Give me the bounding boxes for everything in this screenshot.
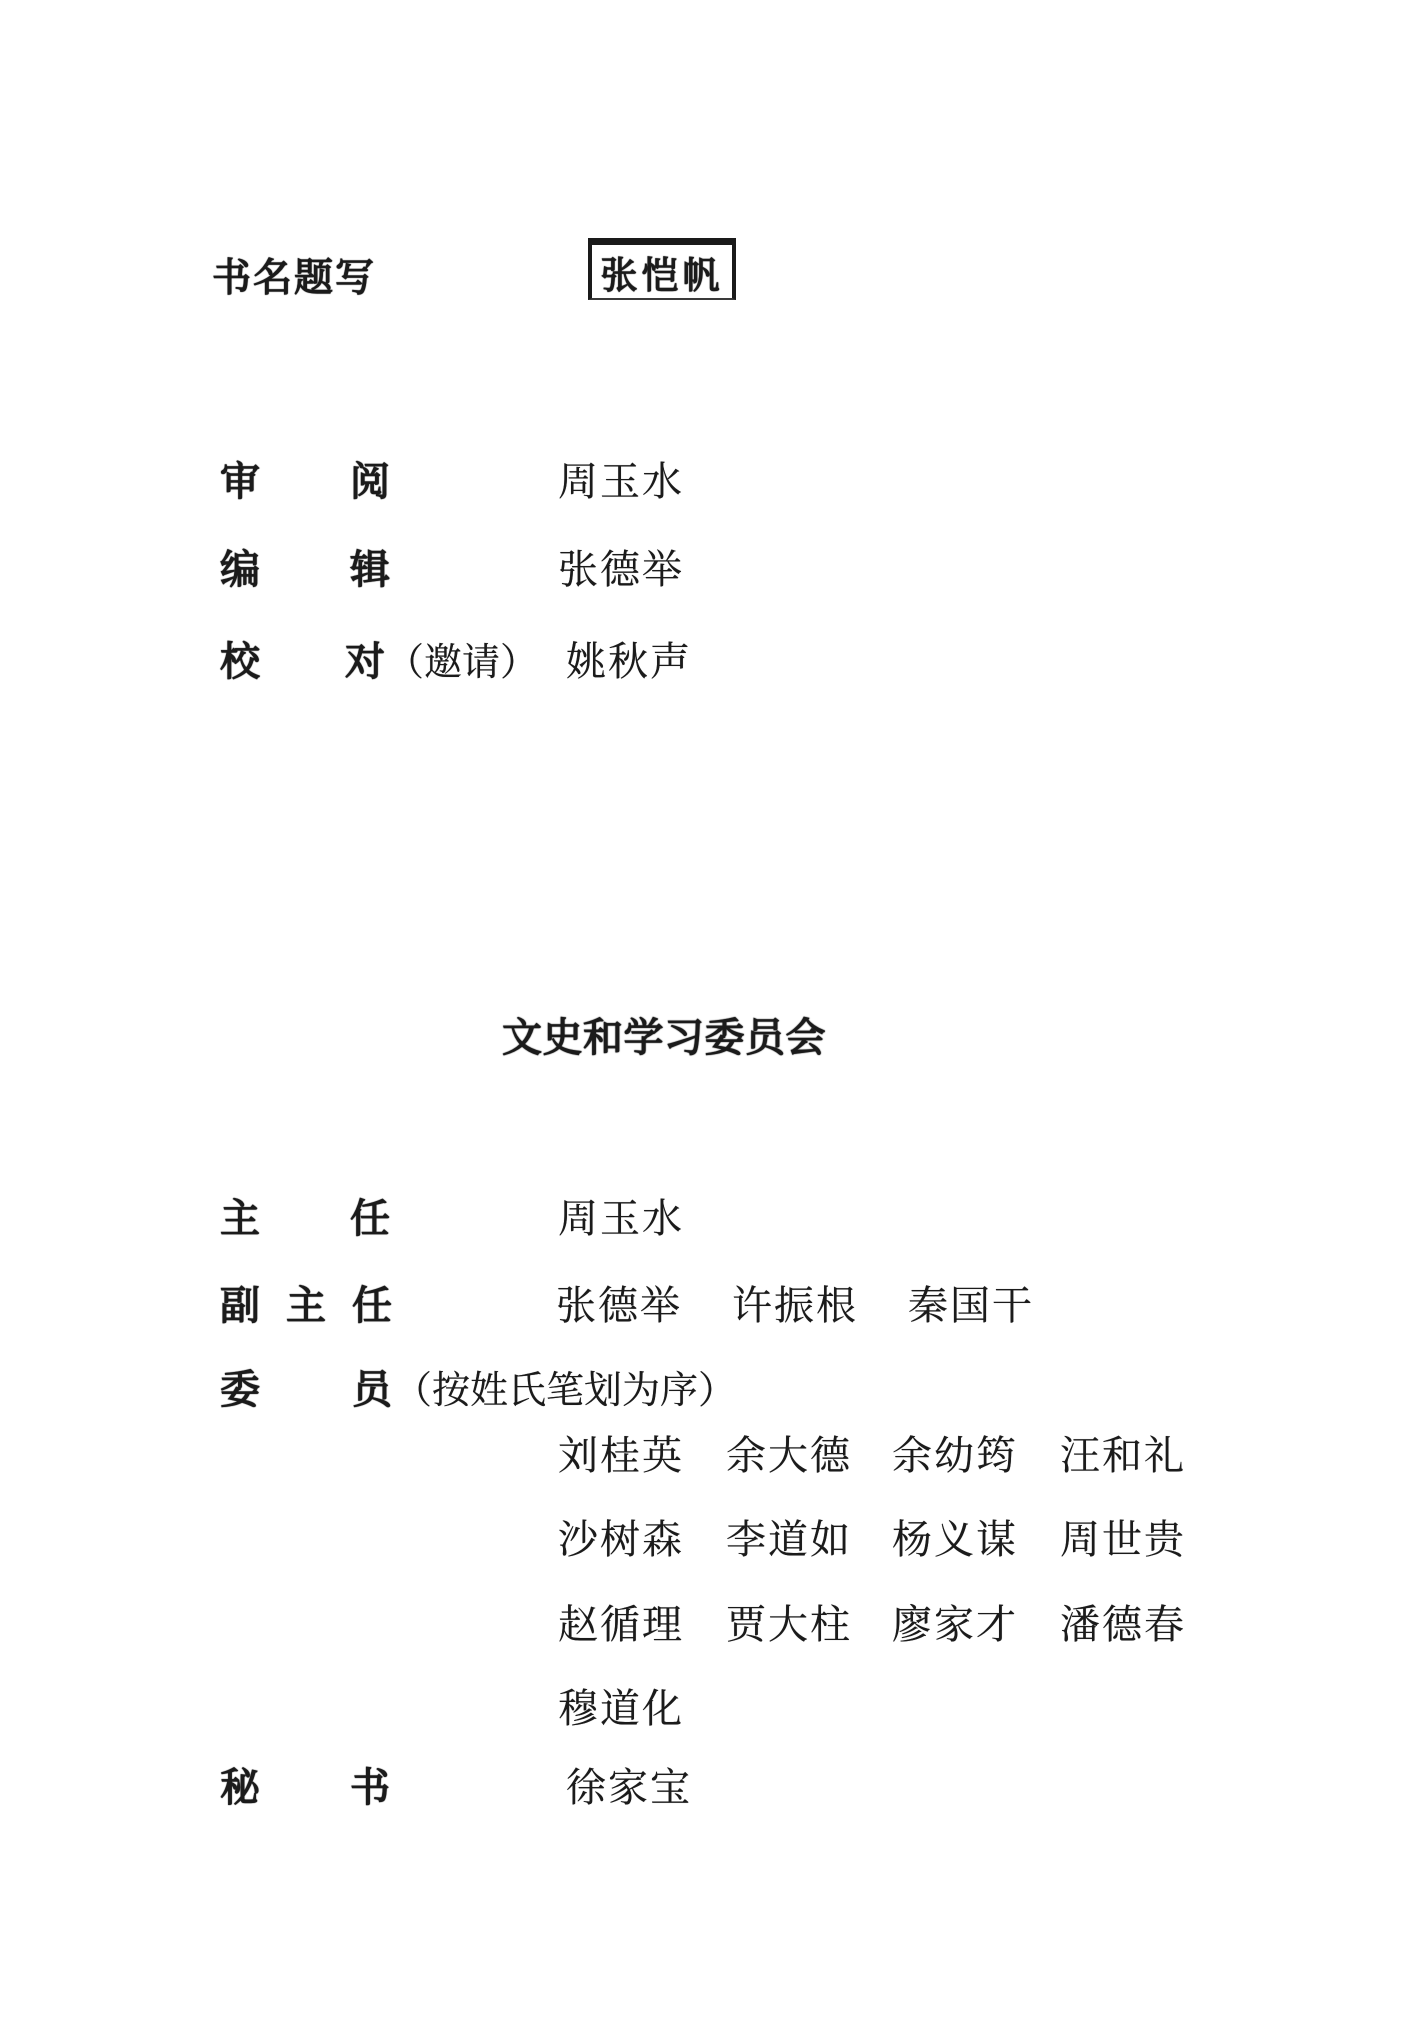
review-label-char-1: 审 — [220, 450, 261, 507]
editor-label-char-1: 编 — [220, 538, 261, 595]
secretary-label-char-2: 书 — [350, 1756, 391, 1813]
calligrapher-name-box: 张恺帆 — [588, 238, 736, 300]
editor-label-char-2: 辑 — [350, 538, 391, 595]
member-name: 穆道化 — [558, 1677, 684, 1734]
member-name: 李道如 — [726, 1508, 852, 1565]
director-name: 周玉水 — [558, 1187, 684, 1244]
proof-label-char-1: 校 — [220, 630, 261, 687]
committee-heading: 文史和学习委员会 — [502, 1006, 826, 1063]
deputy-label-char-1: 副 — [220, 1274, 261, 1331]
editor-name: 张德举 — [558, 538, 684, 595]
member-name: 杨义谋 — [892, 1508, 1018, 1565]
deputy-name-3: 秦国干 — [908, 1274, 1034, 1331]
member-name: 余大德 — [726, 1424, 852, 1481]
proof-invited-note: （邀请） — [386, 631, 538, 686]
member-name: 周世贵 — [1060, 1508, 1186, 1565]
calligrapher-name: 张恺帆 — [601, 245, 724, 299]
proof-label-char-2: 对 — [345, 630, 386, 687]
director-label-char-2: 任 — [350, 1187, 391, 1244]
member-name: 贾大柱 — [726, 1593, 852, 1650]
deputy-label-char-2: 主 — [286, 1274, 327, 1331]
members-label-char-2: 员 — [352, 1358, 393, 1415]
member-name: 廖家才 — [892, 1593, 1018, 1650]
member-name: 汪和礼 — [1060, 1424, 1186, 1481]
member-name: 赵循理 — [558, 1593, 684, 1650]
reviewer-name: 周玉水 — [558, 450, 684, 507]
deputy-name-1: 张德举 — [556, 1274, 682, 1331]
scanned-colophon-page: 书名题写 张恺帆 审 阅 周玉水 编 辑 张德举 校 对 （邀请） 姚秋声 文史… — [0, 0, 1413, 2040]
members-sort-note: （按姓氏笔划为序） — [394, 1359, 736, 1414]
member-name: 潘德春 — [1060, 1593, 1186, 1650]
members-label-char-1: 委 — [220, 1358, 261, 1415]
deputy-name-2: 许振根 — [732, 1274, 858, 1331]
director-label-char-1: 主 — [220, 1187, 261, 1244]
review-label-char-2: 阅 — [350, 450, 391, 507]
deputy-names-row: 张德举 许振根 秦国干 — [556, 1274, 1034, 1331]
secretary-name: 徐家宝 — [566, 1756, 692, 1813]
proofreader-name: 姚秋声 — [566, 630, 692, 687]
deputy-label-char-3: 任 — [352, 1274, 393, 1331]
member-name: 刘桂英 — [558, 1424, 684, 1481]
calligraphy-label: 书名题写 — [212, 247, 376, 303]
member-name: 沙树森 — [558, 1508, 684, 1565]
member-name: 余幼筠 — [892, 1424, 1018, 1481]
secretary-label-char-1: 秘 — [220, 1756, 261, 1813]
